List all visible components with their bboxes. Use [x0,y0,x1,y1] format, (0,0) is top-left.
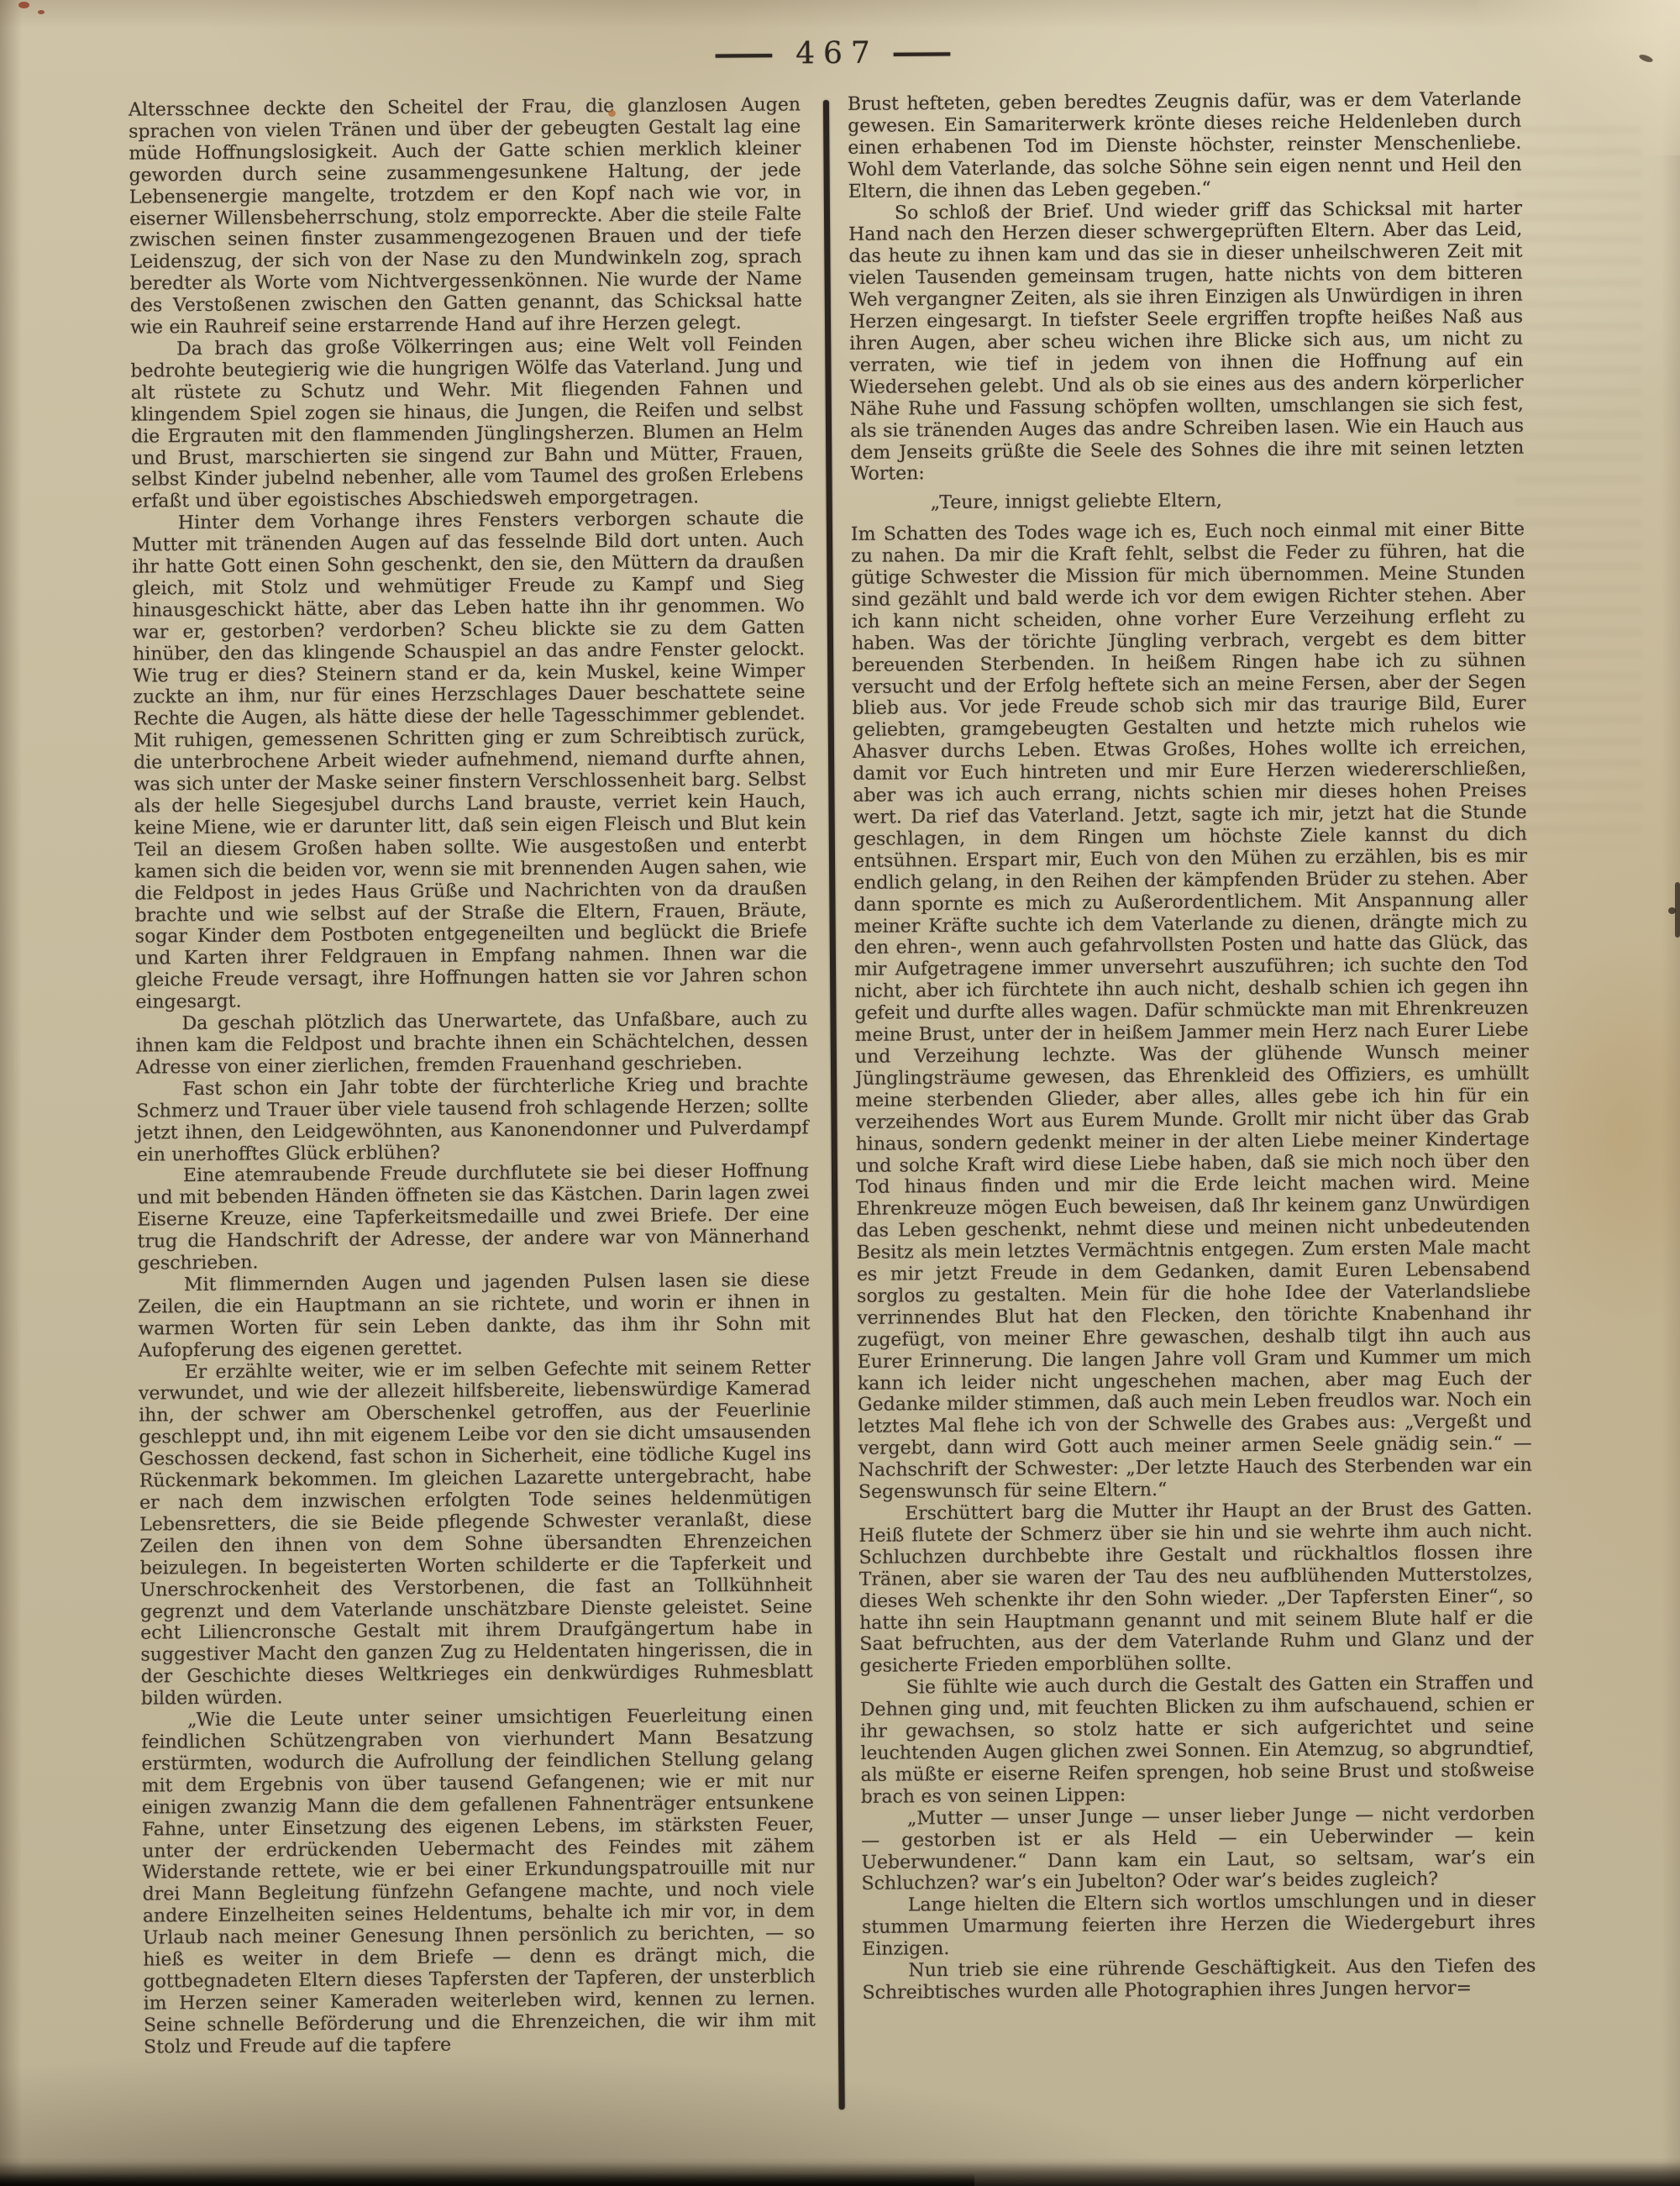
paragraph: Da brach das große Völkerringen aus; ein… [130,334,804,513]
paragraph: Nun trieb sie eine rührende Geschäftigke… [862,1956,1536,2005]
page-content-layer: — 467 — Altersschnee deckte den Scheitel… [0,0,1680,2186]
letter-salutation: „Teure, innigst geliebte Eltern, [851,488,1525,515]
paragraph: Lange hielten die Eltern sich wortlos um… [862,1890,1536,1961]
paragraph: Fast schon ein Jahr tobte der fürchterli… [136,1074,809,1166]
page-number-value: 467 [787,35,879,71]
page-number: — 467 — [719,34,946,71]
scanned-newspaper-page: — 467 — Altersschnee deckte den Scheitel… [0,0,1680,2186]
column-divider-rule [823,100,845,2110]
paragraph: „Wie die Leute unter seiner umsichtigen … [141,1705,816,2058]
text-column-left: Altersschnee deckte den Scheitel der Fra… [129,94,816,2058]
paragraph: Erschüttert barg die Mutter ihr Haupt an… [858,1499,1534,1679]
paragraph: Er erzählte weiter, wie er im selben Gef… [139,1357,813,1710]
paragraph: Altersschnee deckte den Scheitel der Fra… [129,94,802,339]
paragraph: Da geschah plötzlich das Unerwartete, da… [135,1008,808,1079]
page-number-dash-left: — [711,36,775,72]
paragraph: Mit flimmernden Augen und jagenden Pulse… [138,1269,811,1362]
page-number-dash-right: — [890,34,954,71]
paragraph: Im Schatten des Todes wage ich es, Euch … [851,519,1532,1504]
paragraph: Hinter dem Vorhange ihres Fensters verbo… [132,508,808,1014]
paragraph: Sie fühlte wie auch durch die Gestalt de… [860,1673,1535,1809]
paragraph: So schloß der Brief. Und wieder griff da… [848,197,1525,486]
paragraph: Brust hefteten, geben beredtes Zeugnis d… [848,89,1522,203]
text-column-right: Brust hefteten, geben beredtes Zeugnis d… [848,89,1536,2005]
paragraph: Eine atemraubende Freude durchflutete si… [137,1161,810,1275]
paragraph: „Mutter — unser Junge — unser lieber Jun… [861,1803,1536,1895]
